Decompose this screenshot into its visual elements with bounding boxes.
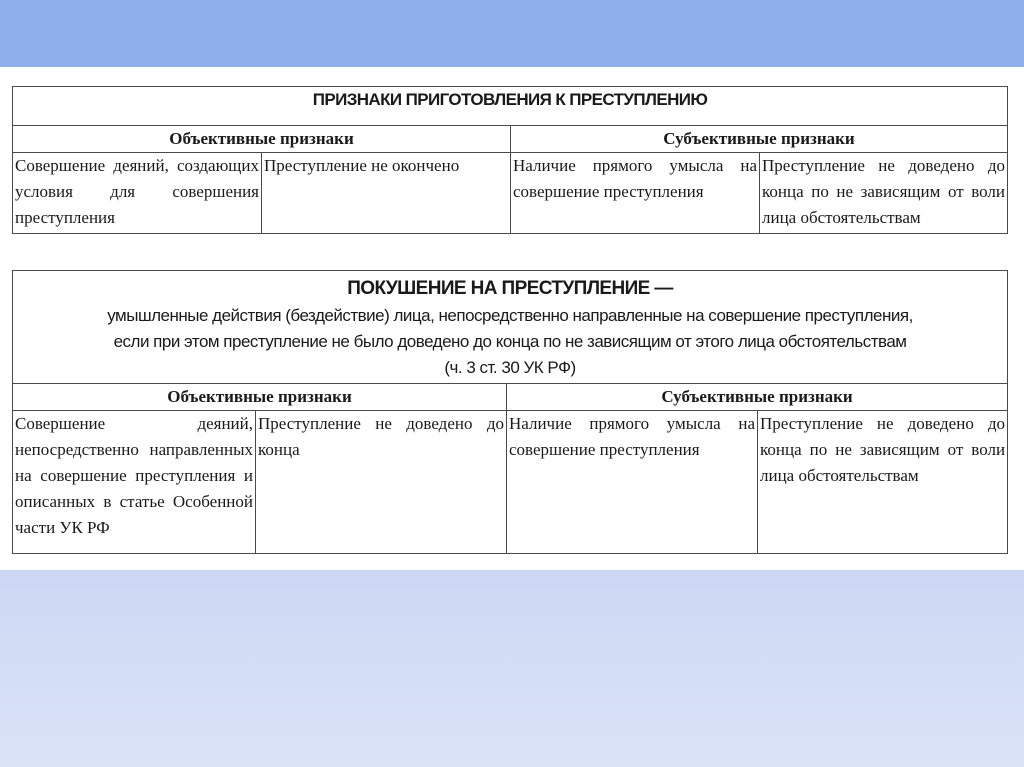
table-cell: Преступление не доведено до конца по не …	[760, 153, 1008, 234]
definition-line: если при этом преступление не было довед…	[13, 329, 1007, 355]
subjective-signs-header: Субъективные признаки	[511, 126, 1008, 153]
preparation-table-title: ПРИЗНАКИ ПРИГОТОВЛЕНИЯ К ПРЕСТУПЛЕНИЮ	[13, 87, 1008, 126]
attempt-table-title: ПОКУШЕНИЕ НА ПРЕСТУПЛЕНИЕ —	[13, 275, 1007, 303]
objective-signs-header: Объективные признаки	[13, 126, 511, 153]
slide-header-band	[0, 0, 1024, 67]
preparation-signs-table: ПРИЗНАКИ ПРИГОТОВЛЕНИЯ К ПРЕСТУПЛЕНИЮ Об…	[12, 86, 1008, 234]
table-cell: Совершение деяний, непосредственно напра…	[13, 411, 256, 554]
legal-reference: (ч. 3 ст. 30 УК РФ)	[13, 355, 1007, 381]
subjective-signs-header: Субъективные признаки	[507, 384, 1008, 411]
table-cell: Преступление не окончено	[262, 153, 511, 234]
table-cell: Совершение деяний, создающих условия для…	[13, 153, 262, 234]
definition-line: умышленные действия (бездействие) лица, …	[13, 303, 1007, 329]
table-cell: Наличие прямого умысла на совершение пре…	[507, 411, 758, 554]
objective-signs-header: Объективные признаки	[13, 384, 507, 411]
slide-footer-band	[0, 570, 1024, 767]
attempt-signs-table: ПОКУШЕНИЕ НА ПРЕСТУПЛЕНИЕ — умышленные д…	[12, 270, 1008, 554]
table-cell: Преступление не доведено до конца по не …	[758, 411, 1008, 554]
attempt-definition: ПОКУШЕНИЕ НА ПРЕСТУПЛЕНИЕ — умышленные д…	[13, 271, 1008, 384]
table-cell: Наличие прямого умысла на совершение пре…	[511, 153, 760, 234]
table-cell: Преступление не доведено до конца	[256, 411, 507, 554]
